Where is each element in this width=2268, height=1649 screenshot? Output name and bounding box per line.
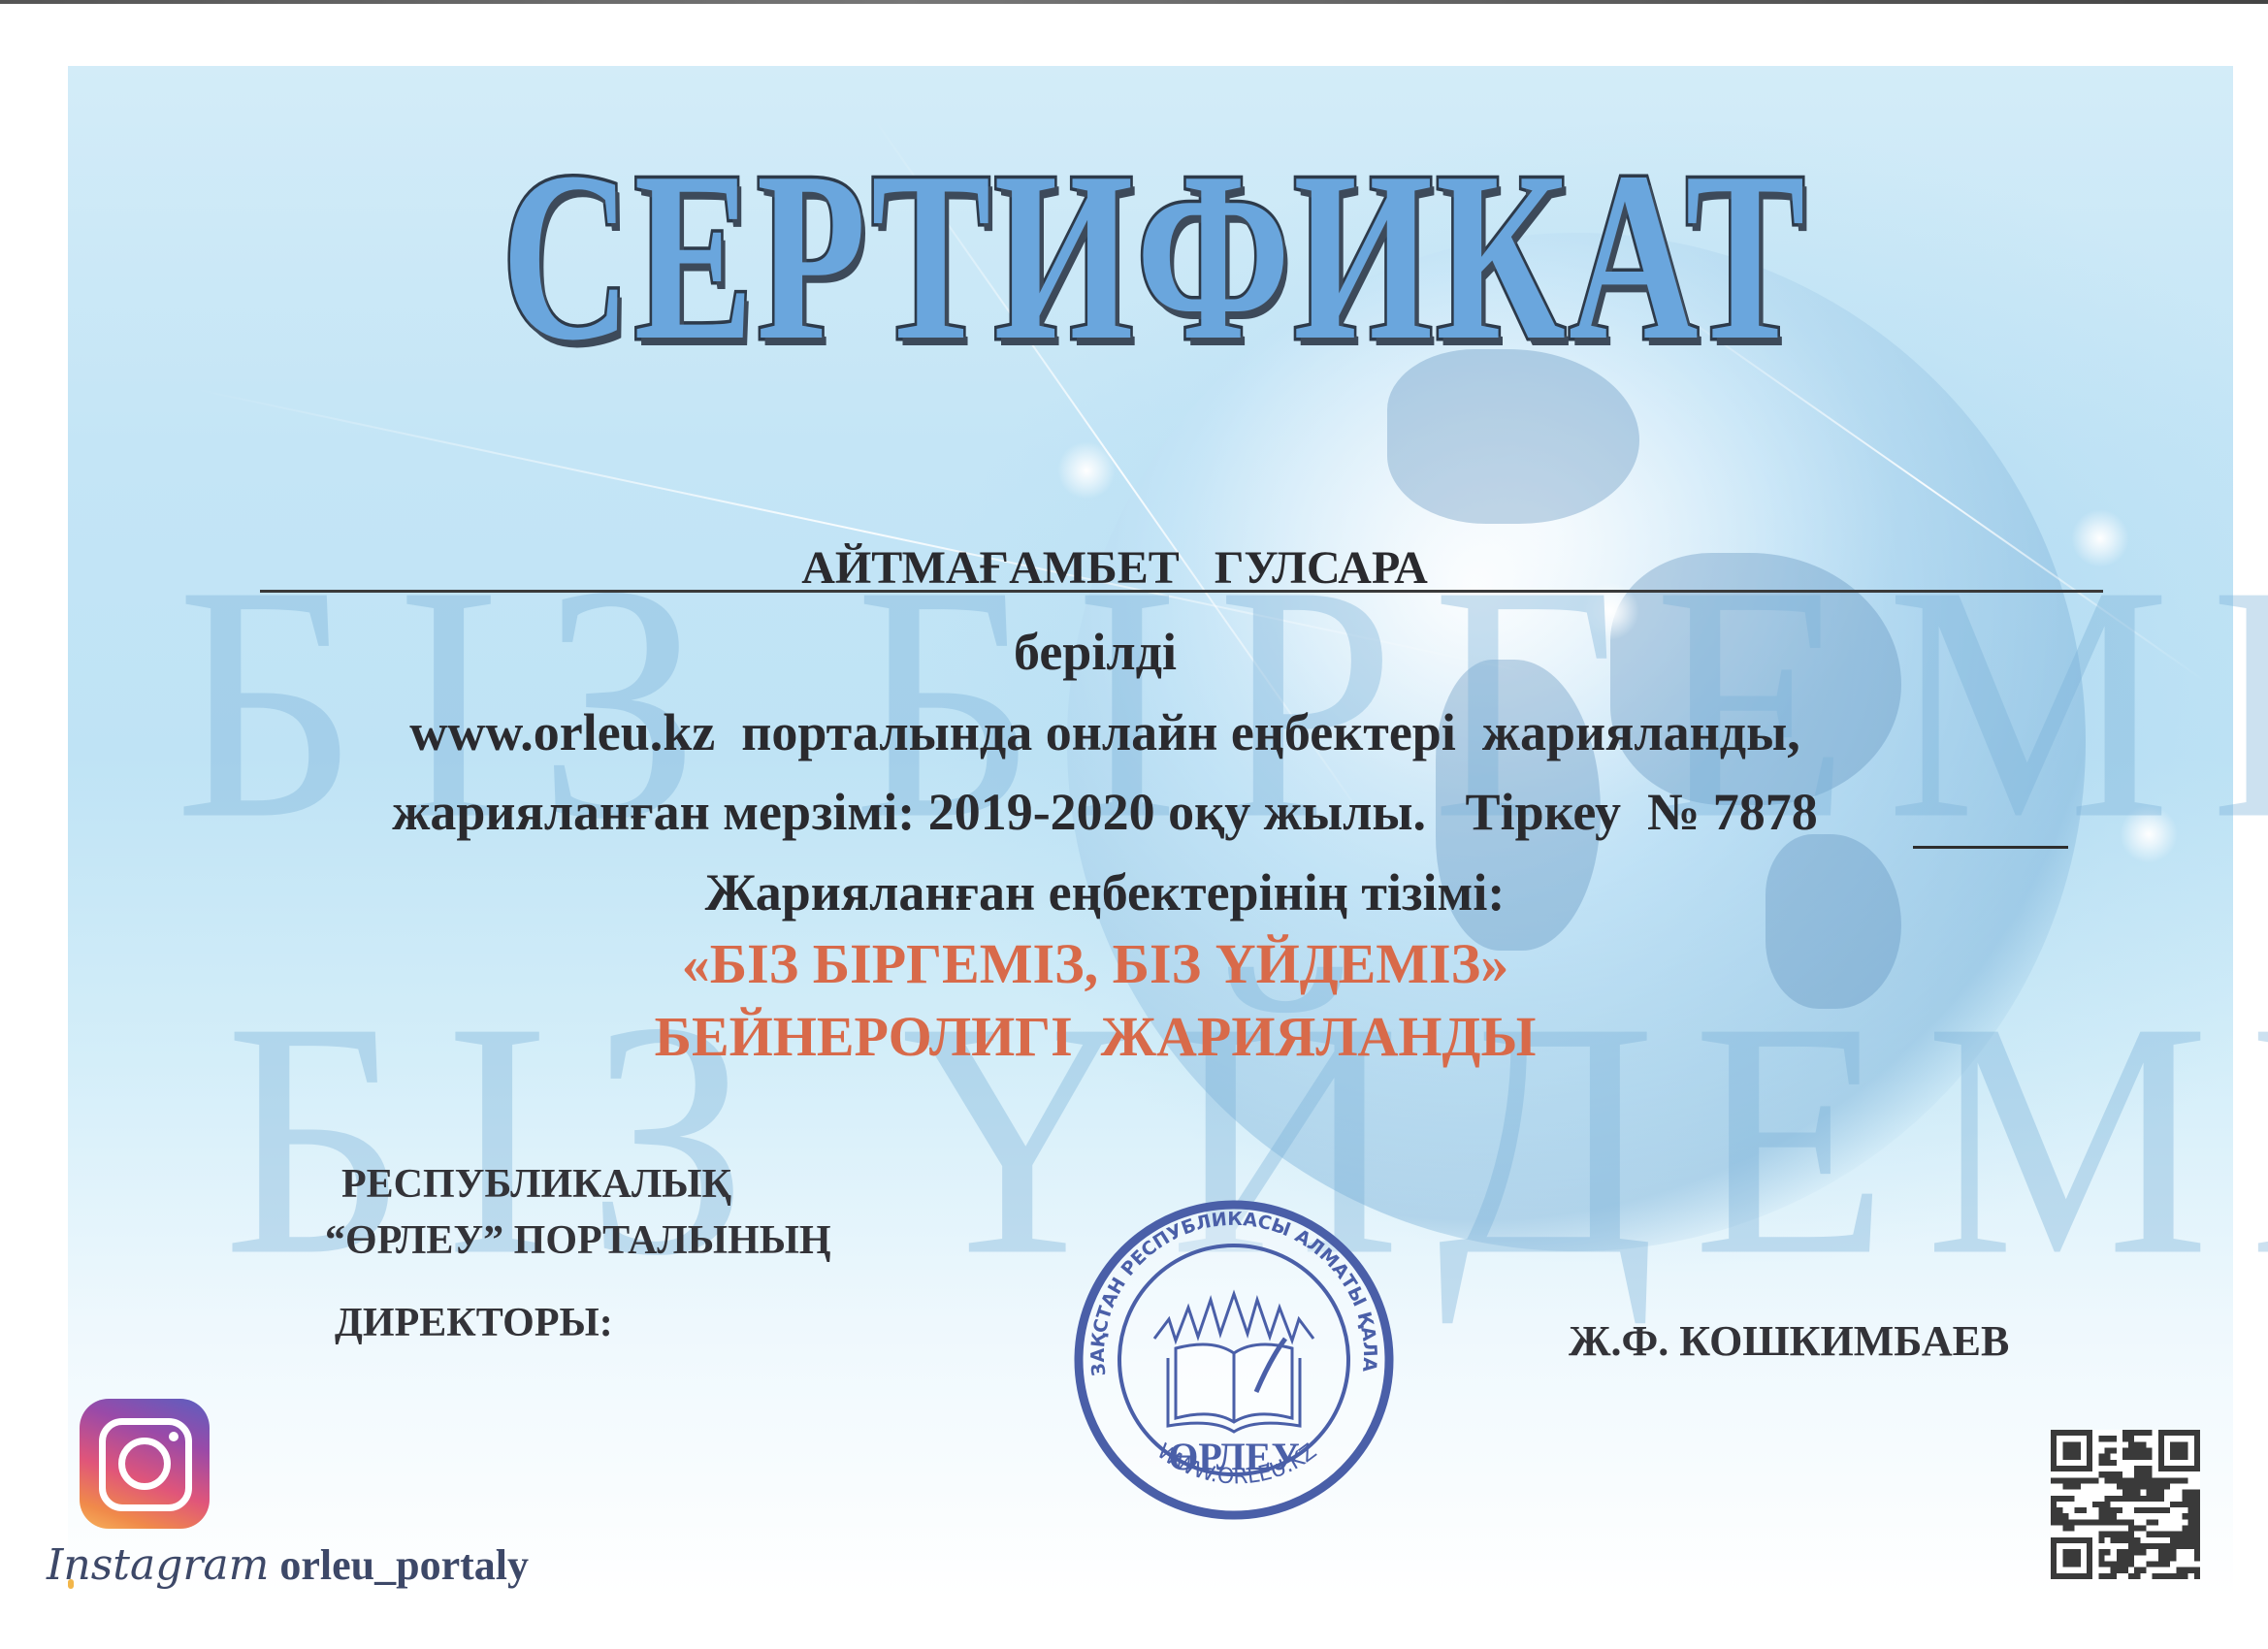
publication-period: жарияланған мерзімі: 2019-2020 оқу жылы.… [0,786,2239,838]
org-line-1: РЕСПУБЛИКАЛЫҚ [341,1164,731,1205]
qr-code-icon[interactable] [2051,1430,2200,1579]
instagram-handle[interactable]: Instagram orleu_portaly [47,1540,529,1590]
registration-underline [1913,846,2068,849]
publication-statement: www.orleu.kz порталында онлайн еңбектері… [0,706,2239,759]
org-line-2: “ӨРЛЕУ” ПОРТАЛЫНЫҢ [325,1220,831,1261]
director-name: Ж.Ф. КОШКИМБАЕВ [1569,1316,2009,1366]
work-title: «БІЗ БІРГЕМІЗ, БІЗ ҮЙДЕМІЗ» [0,936,2229,992]
issued-label: берілді [0,626,2229,678]
director-role: ДИРЕКТОРЫ: [335,1303,613,1343]
work-type: БЕЙНЕРОЛИГІ ЖАРИЯЛАНДЫ [0,1009,2229,1065]
instagram-icon[interactable] [80,1399,210,1529]
recipient-name: АЙТМАҒАМБЕТ ГУЛСАРА [0,545,2249,592]
certificate-title: СЕРТИФИКАТ [315,136,1993,378]
instagram-lens [118,1438,171,1490]
registration-number: 7878 [1713,783,1818,841]
instagram-label: Instagram [47,1540,269,1590]
period-text: жарияланған мерзімі: 2019-2020 оқу жылы.… [392,783,1713,841]
name-underline [260,590,2103,593]
official-stamp-icon: ҚАЗАҚСТАН РЕСПУБЛИКАСЫ АЛМАТЫ ҚАЛАСЫ WWW… [1067,1193,1402,1528]
svg-text:ӨРЛЕУ: ӨРЛЕУ [1168,1435,1299,1478]
works-list-label: Жарияланған еңбектерінің тізімі: [0,866,2239,919]
instagram-username: orleu_portaly [279,1541,529,1589]
instagram-dot [169,1432,178,1441]
scan-speck [68,1579,74,1589]
scan-edge [0,0,2268,4]
